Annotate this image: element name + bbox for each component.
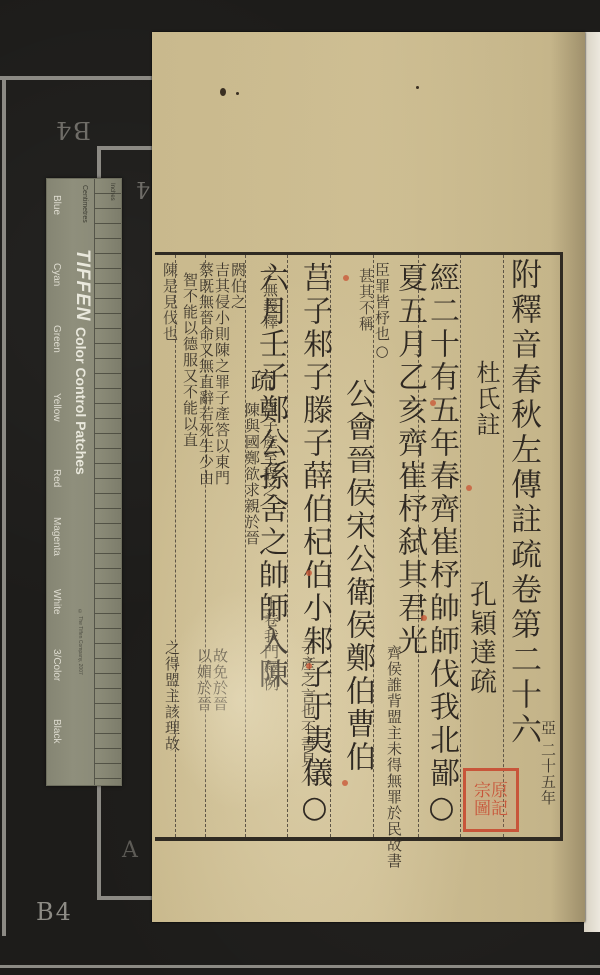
margin-note: 亞 二十五年 xyxy=(540,720,556,806)
text-column: 夏五月乙亥齊崔杼弑其君光 xyxy=(392,262,426,658)
commentary-author: 杜氏註 xyxy=(472,360,500,438)
board-label-b4-flipped: B4 xyxy=(54,116,91,144)
text-column: 經二十有五年春齊崔杼帥師伐我北鄙○ xyxy=(424,262,458,828)
next-page-edge xyxy=(584,32,600,932)
collector-seal: 宗原圖記 xyxy=(463,768,519,832)
guide-line-inner-bottom xyxy=(97,896,152,900)
patch-label-cyan: Cyan xyxy=(51,263,62,286)
text-column: 故免於晉 xyxy=(212,648,228,712)
units-inches: Inches xyxy=(109,183,115,201)
patch-label-black: Black xyxy=(51,719,62,743)
text-column: 公會晉侯宋公衛侯鄭伯曹伯 xyxy=(340,378,374,774)
red-annotation-mark xyxy=(306,570,312,576)
strip-copyright: © The Tiffen Company, 2007 xyxy=(77,609,83,675)
patch-label-magenta: Magenta xyxy=(51,517,62,556)
paper-spot xyxy=(220,88,226,96)
text-column: 之得盟主該理故 xyxy=(164,640,180,752)
ruler-scale xyxy=(94,179,121,785)
patch-label-green: Green xyxy=(51,325,62,353)
board-label-a: A xyxy=(122,838,140,863)
guide-line-bottom xyxy=(0,965,600,968)
brand-logo: TIFFEN xyxy=(71,249,93,322)
paper-spot xyxy=(416,86,419,89)
text-column: 子產之言也不書見入 xyxy=(300,640,316,784)
red-annotation-mark xyxy=(466,485,472,491)
paper-spot xyxy=(236,92,239,95)
red-annotation-mark xyxy=(343,275,349,281)
text-column: 吉其侵小則陳之罪子產答以東門 xyxy=(214,262,230,486)
text-column: 陳是見伐也 xyxy=(162,262,178,342)
patch-label-blue: Blue xyxy=(51,195,62,215)
patch-label-red: Red xyxy=(51,469,62,487)
patch-label-white: White xyxy=(51,589,62,615)
guide-line-left xyxy=(2,76,6,936)
text-column: 甚其不稱 xyxy=(358,268,374,332)
board-label-b4: B4 xyxy=(36,898,73,926)
text-column: 陳與國鄭欲求親於晉 xyxy=(244,402,260,546)
text-column: 臣罪皆杼也○ xyxy=(374,262,390,361)
text-column: 閼伯之 xyxy=(230,262,246,310)
patch-label-3color: 3/Color xyxy=(51,649,62,681)
guide-line-inner-top xyxy=(97,146,152,150)
red-annotation-mark xyxy=(430,400,436,406)
shu-marker: 疏 xyxy=(246,368,274,394)
guide-line-top xyxy=(0,76,152,80)
red-annotation-mark xyxy=(342,780,348,786)
red-annotation-mark xyxy=(306,663,312,669)
board-label-4: 4 xyxy=(134,176,150,201)
text-column: 蔡既無晉命又無直辭若死生少由 xyxy=(198,262,214,486)
strip-title: Color Control Patches xyxy=(73,327,89,475)
sub-commentary-author: 孔穎達疏 xyxy=(466,580,494,696)
text-column: 智不能以德服又不能以直 xyxy=(182,272,198,448)
volume-title: 附釋音春秋左傳註疏卷第二十六 xyxy=(506,258,540,748)
patch-label-yellow: Yellow xyxy=(51,393,62,422)
text-column: 注子產至誤之 xyxy=(262,402,278,498)
text-column: 之無義釋 xyxy=(262,266,278,330)
text-column: 齊侯誰背盟主未得無罪於民故書 xyxy=(386,645,402,869)
red-annotation-mark xyxy=(421,615,427,621)
units-centimetres: Centimetres xyxy=(81,185,88,223)
color-control-strip: Inches Centimetres TIFFEN Color Control … xyxy=(46,178,122,786)
text-column: 以媚於晉 xyxy=(196,648,212,712)
text-column: 上卷我門釋例 xyxy=(263,596,279,692)
